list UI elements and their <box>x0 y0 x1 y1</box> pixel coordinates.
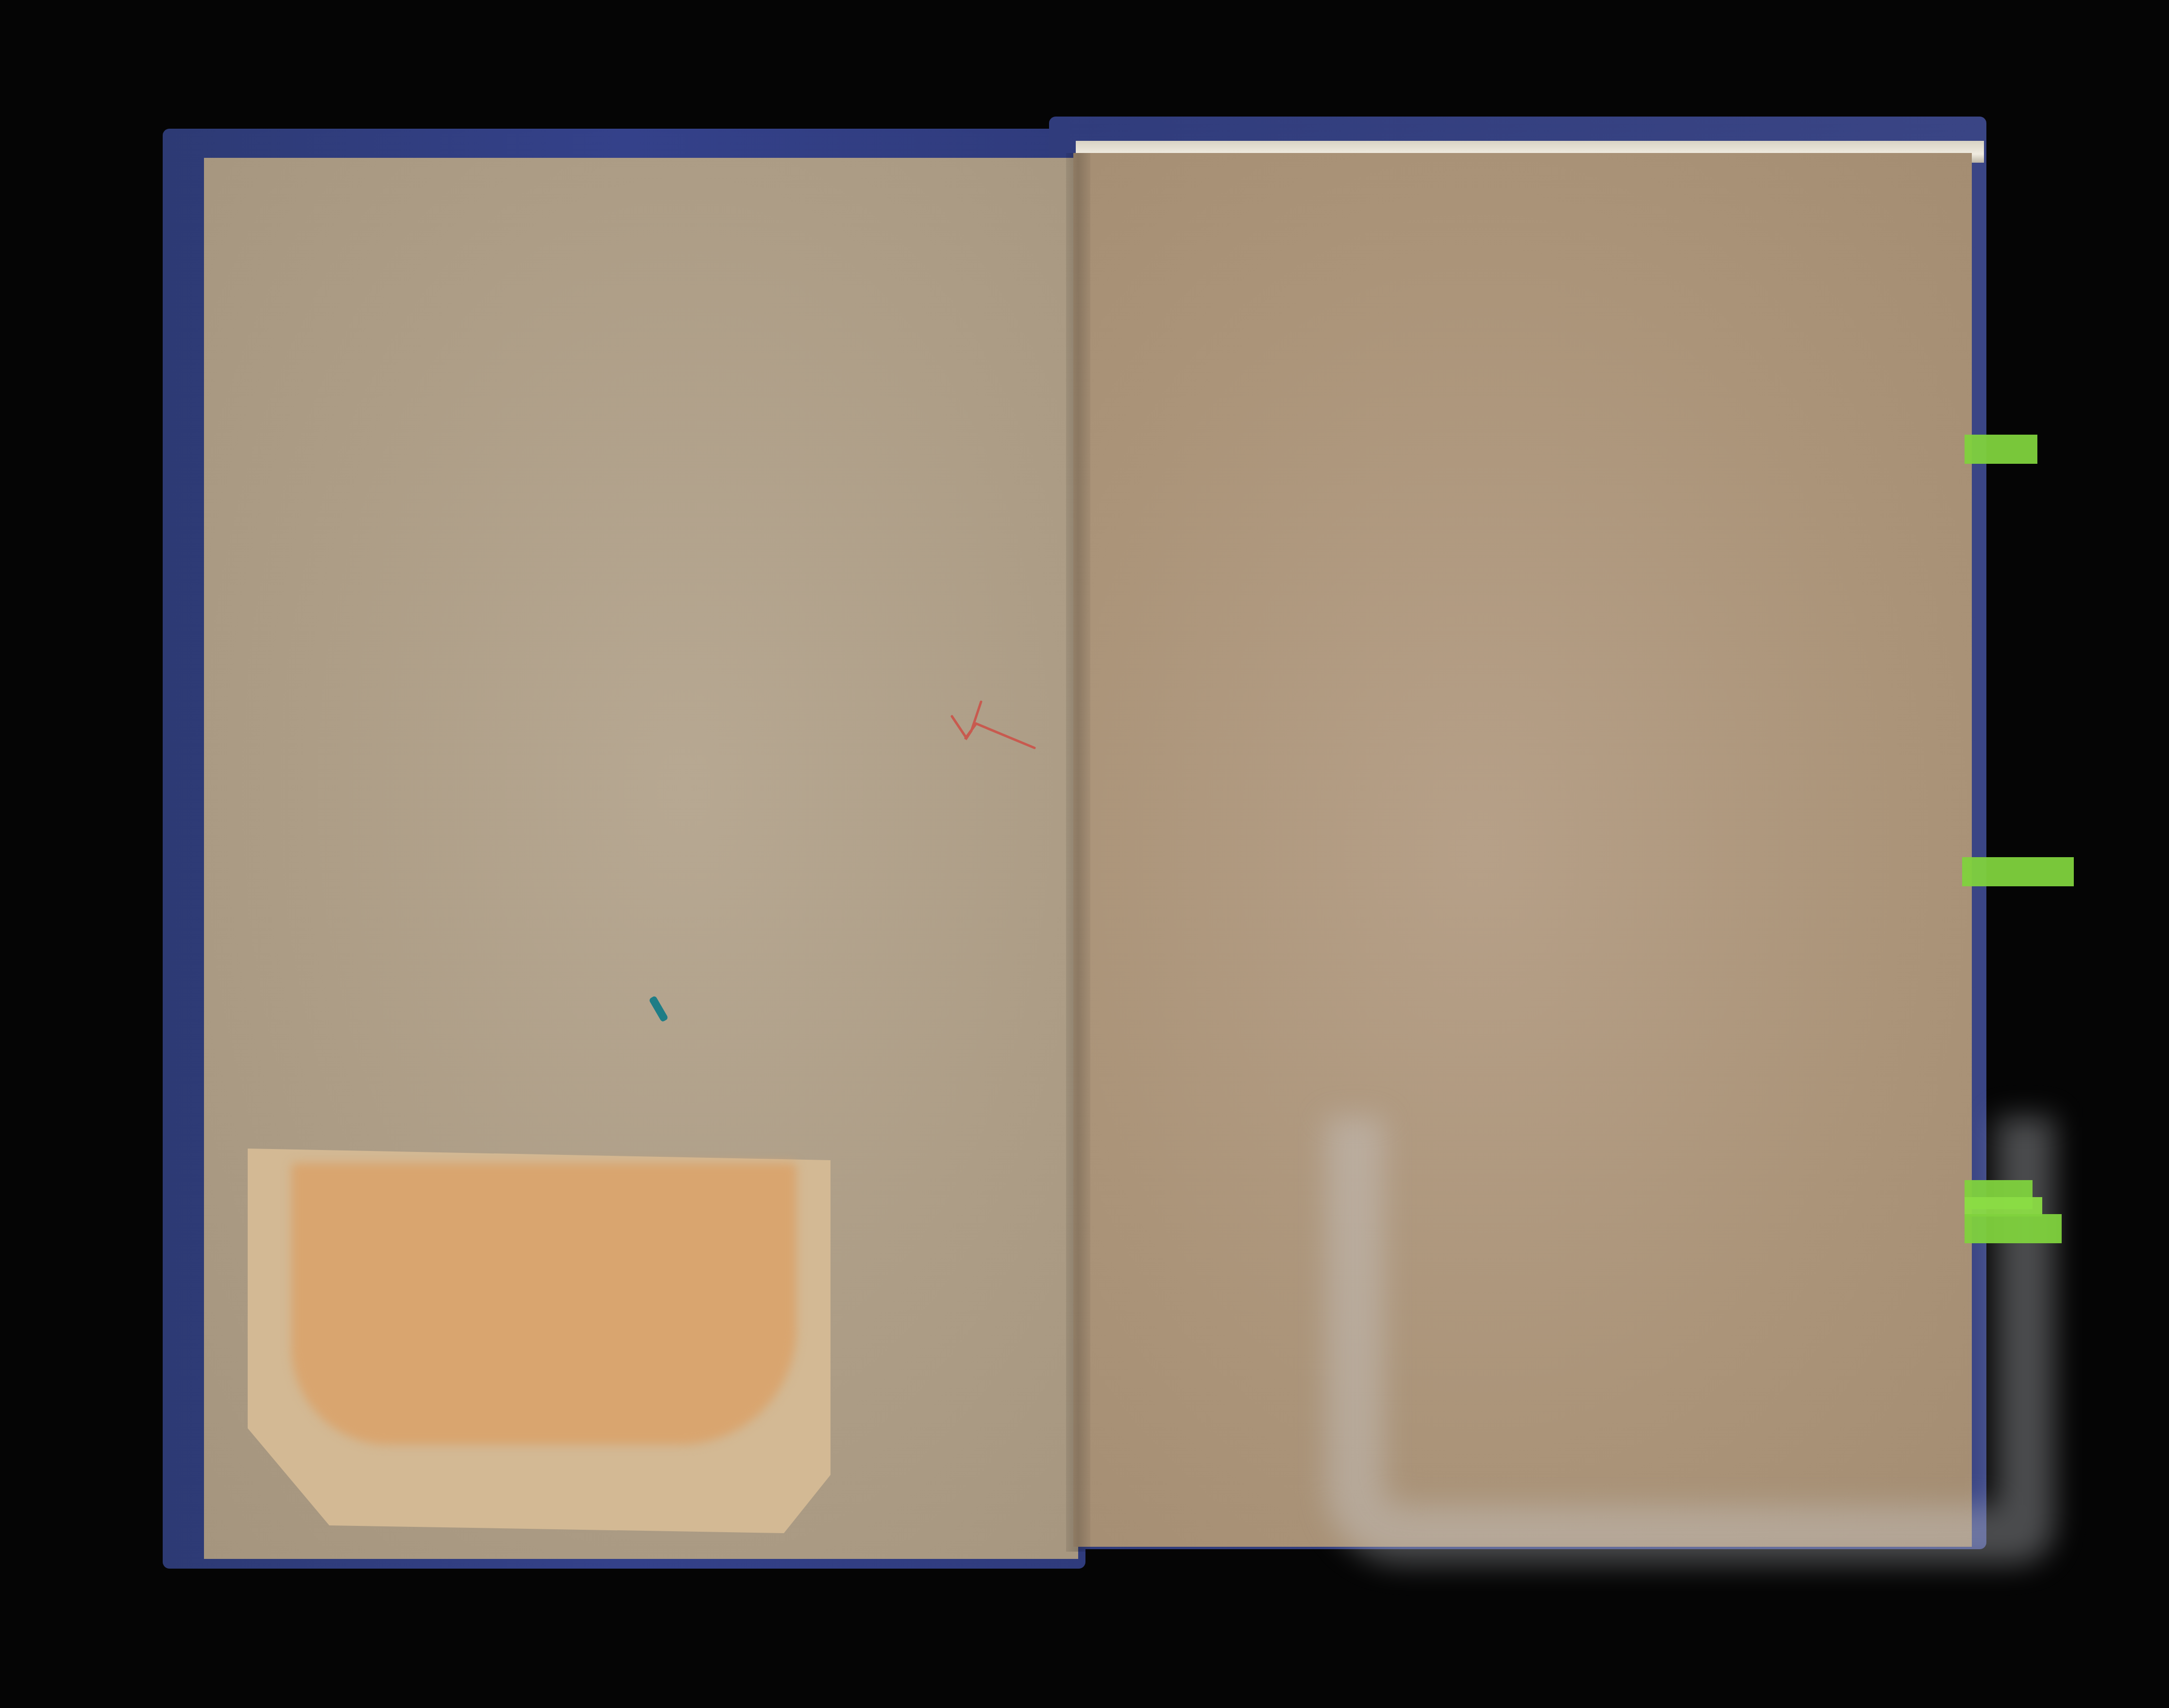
bookplate-stain <box>291 1163 796 1445</box>
green-tab-1[interactable] <box>1965 435 2037 464</box>
green-tab-4[interactable] <box>1965 1197 2042 1217</box>
red-check-mark-icon <box>937 694 1044 753</box>
book-gutter <box>1066 153 1090 1552</box>
green-tab-5[interactable] <box>1965 1214 2062 1243</box>
water-stain <box>1326 1117 2054 1564</box>
green-tab-2[interactable] <box>1962 857 2074 886</box>
